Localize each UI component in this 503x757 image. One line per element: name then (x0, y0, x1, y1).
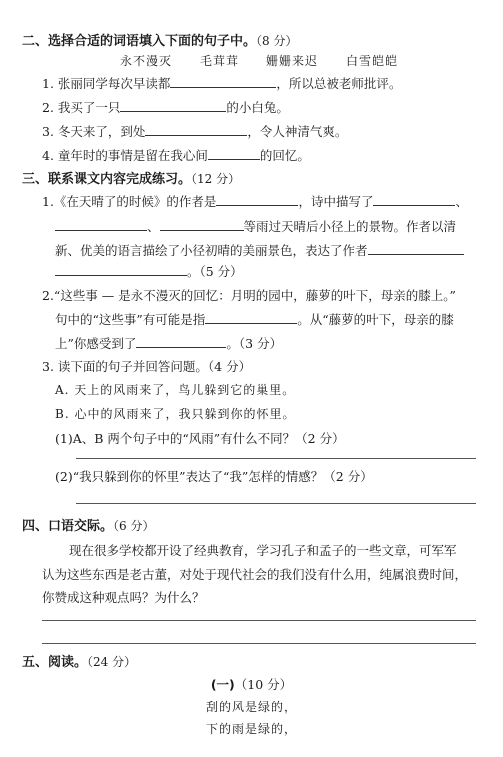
section-4-title: 四、口语交际。 (22, 519, 113, 534)
reading-part-heading: (一)（10 分） (0, 675, 503, 693)
section-5-title: 五、阅读。 (22, 655, 87, 670)
answer-line[interactable] (42, 643, 476, 644)
reading-part-label: (一) (211, 677, 235, 692)
answer-blank[interactable] (373, 193, 455, 206)
answer-blank[interactable] (208, 147, 260, 160)
word-bank-item: 姗姗来迟 (266, 52, 346, 69)
s3-q3-sub1: (1)A、B 两个句子中的“风雨”有什么不同？（2 分） (55, 429, 345, 447)
item-text: 的小白兔。 (226, 100, 289, 115)
section-4-points: （6 分） (113, 519, 154, 533)
word-bank-item: 白雪皑皑 (346, 54, 398, 68)
section-5-heading: 五、阅读。（24 分） (22, 651, 136, 670)
q-text: 。（3 分） (226, 336, 282, 351)
s3-q1-line1: 1.《在天晴了的时候》的作者是，诗中描写了、 (42, 192, 468, 210)
q-text: 句中的“这些事”有可能是指 (55, 312, 205, 327)
answer-blank[interactable] (160, 218, 244, 231)
q-text: 上”你感受到了 (55, 336, 136, 351)
s3-q3-title: 3. 读下面的句子并回答问题。（4 分） (42, 357, 251, 375)
s3-q1-line3: 新、优美的语言描绘了小径初晴的美丽景色，表达了作者 (55, 241, 464, 259)
answer-blank[interactable] (216, 193, 298, 206)
answer-blank[interactable] (55, 263, 187, 276)
poem-line-1: 刮的风是绿的， (0, 698, 503, 715)
word-bank: 永不漫灭毛茸茸姗姗来迟白雪皑皑 (120, 52, 398, 69)
section-3-points: （12 分） (191, 172, 240, 186)
s3-q3-sub2: (2)“我只躲到你的怀里”表达了“我”怎样的情感？（2 分） (55, 467, 373, 485)
item-text: ，令人神清气爽。 (247, 124, 347, 139)
q-text: 等雨过天晴后小径上的景物。作者以清 (244, 219, 457, 234)
answer-line[interactable] (76, 458, 476, 459)
answer-blank[interactable] (170, 75, 276, 88)
s3-q1-line2: 、等雨过天晴后小径上的景物。作者以清 (55, 217, 456, 235)
s4-para-line3: 你赞成这种观点吗？为什么？ (42, 588, 205, 606)
item-text: 3. 冬天来了，到处 (42, 124, 145, 139)
section-2-heading: 二、选择合适的词语填入下面的句子中。（8 分） (22, 30, 297, 49)
word-bank-item: 毛茸茸 (200, 52, 266, 69)
reading-part-points: （10 分） (235, 677, 292, 692)
s4-para-line1: 现在很多学校都开设了经典教育，学习孔子和孟子的一些文章，可军军 (69, 541, 457, 559)
section-4-heading: 四、口语交际。（6 分） (22, 515, 154, 534)
s3-q2-line1: 2.“这些事 — 是永不漫灭的回忆：月明的园中，藤萝的叶下，母亲的膝上。” (42, 286, 456, 304)
s3-q2-line3: 上”你感受到了。（3 分） (55, 334, 282, 352)
q-text: 2.“这些事 — 是永不漫灭的回忆：月明的园中，藤萝的叶下，母亲的膝上。” (42, 288, 456, 303)
s2-item-2: 2. 我买了一只的小白兔。 (42, 98, 289, 116)
q-text: 1.《在天晴了的时候》的作者是 (42, 194, 216, 209)
poem-line-2: 下的雨是绿的， (0, 720, 503, 737)
item-text: 1. 张丽同学每次早读都 (42, 76, 170, 91)
answer-blank[interactable] (145, 123, 247, 136)
answer-blank[interactable] (120, 99, 226, 112)
s2-item-1: 1. 张丽同学每次早读都，所以总被老师批评。 (42, 74, 401, 92)
item-text: 2. 我买了一只 (42, 100, 120, 115)
item-text: ，所以总被老师批评。 (276, 76, 401, 91)
section-3-heading: 三、联系课文内容完成练习。（12 分） (22, 168, 240, 187)
section-2-points: （8 分） (256, 34, 297, 48)
s3-q3-sentence-a: A. 天上的风雨来了，鸟儿躲到它的巢里。 (55, 381, 295, 398)
word-bank-item: 永不漫灭 (120, 52, 200, 69)
item-text: 4. 童年时的事情是留在我心间 (42, 148, 208, 163)
s2-item-4: 4. 童年时的事情是留在我心间的回忆。 (42, 146, 310, 164)
q-text: ，诗中描写了 (298, 194, 373, 209)
answer-blank[interactable] (205, 311, 297, 324)
section-3-title: 三、联系课文内容完成练习。 (22, 172, 191, 187)
s3-q3-sentence-b: B. 心中的风雨来了，我只躲到你的怀里。 (55, 405, 295, 422)
answer-blank[interactable] (136, 335, 226, 348)
answer-blank[interactable] (55, 218, 147, 231)
s3-q2-line2: 句中的“这些事”有可能是指。从“藤萝的叶下，母亲的膝 (55, 310, 454, 328)
answer-blank[interactable] (368, 242, 464, 255)
item-text: 的回忆。 (260, 148, 310, 163)
q-text: 。从“藤萝的叶下，母亲的膝 (297, 312, 453, 327)
section-2-title: 二、选择合适的词语填入下面的句子中。 (22, 34, 256, 49)
section-5-points: （24 分） (87, 655, 136, 669)
q-text: 。（5 分） (187, 264, 243, 279)
q-text: 、 (455, 194, 468, 209)
answer-line[interactable] (76, 503, 476, 504)
answer-line[interactable] (42, 620, 476, 621)
s2-item-3: 3. 冬天来了，到处，令人神清气爽。 (42, 122, 347, 140)
q-text: 、 (147, 219, 160, 234)
s3-q1-line4: 。（5 分） (55, 262, 243, 280)
s4-para-line2: 认为这些东西是老古董，对处于现代社会的我们没有什么用，纯属浪费时间， (42, 565, 467, 583)
q-text: 新、优美的语言描绘了小径初晴的美丽景色，表达了作者 (55, 243, 368, 258)
